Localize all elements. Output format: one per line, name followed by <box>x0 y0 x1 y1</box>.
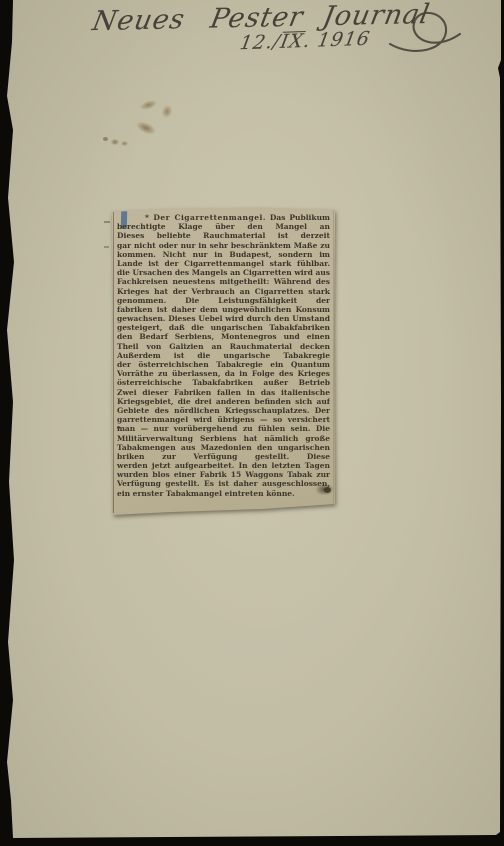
clipping-line: fabriken ist daher dem ungewöhnlichen Ko… <box>117 305 330 314</box>
newspaper-clipping: * Der Cigarrettenmangel. Das Publikum fü… <box>112 208 335 515</box>
ink-stain <box>139 99 158 112</box>
pencil-dash <box>104 246 109 248</box>
pencil-dash <box>104 221 110 223</box>
clipping-line: Lande ist der Cigarrettenmangel stark fü… <box>117 259 330 268</box>
clipping-line: ein ernster Tabakmangel eintreten könne. <box>117 489 330 498</box>
clipping-line: Verfügung gestellt. Es ist daher ausgesc… <box>117 479 330 488</box>
handwriting-flourish <box>388 6 462 58</box>
clipping-line: Theil von Galizien an Rauchmaterial deck… <box>117 342 330 351</box>
clipping-line: Krieges hat der Verbrauch an Cigarretten… <box>117 287 330 296</box>
article-body-lines: berechtigte Klage über den Mangel an Cig… <box>117 222 330 498</box>
clipping-line: Dieses beliebte Rauchmaterial ist derzei… <box>117 231 330 240</box>
article-headline: Der Cigarrettenmangel. <box>149 213 266 222</box>
ink-stain <box>160 104 174 119</box>
clipping-line: man — nur vorübergehend zu fühlen sein. … <box>117 424 330 433</box>
handwritten-date: 12./IX. 1916 <box>238 28 372 55</box>
clipping-line: den Bedarf Serbiens, Montenegros und ein… <box>117 332 330 341</box>
clipping-line: gar nicht oder nur in sehr beschränktem … <box>117 241 330 250</box>
clipping-line: garrettenmangel wird übrigens — so versi… <box>117 415 330 424</box>
column-rule <box>113 210 114 513</box>
clipping-line: die Ursachen des Mangels an Cigarretten … <box>117 268 330 277</box>
clipping-line: briken zur Verfügung gestellt. Diese Tab… <box>117 452 330 461</box>
document-page: NeuesPesterJournal 12./IX. 1916 * Der Ci… <box>0 0 504 846</box>
clipping-line: berechtigte Klage über den Mangel an Cig… <box>117 222 330 231</box>
clipping-line: der österreichischen Tabakregie ein Quan… <box>117 360 330 369</box>
handwritten-word-neues: Neues <box>90 4 188 37</box>
clipping-line: gewachsen. Dieses Uebel wird durch den U… <box>117 314 330 323</box>
clipping-line: kommen. Nicht nur in Budapest, sondern i… <box>117 250 330 259</box>
clipping-line: Vorräthe zu überlassen, da in Folge des … <box>117 369 330 378</box>
column-rule <box>333 210 334 513</box>
clipping-paper: * Der Cigarrettenmangel. Das Publikum fü… <box>112 208 335 515</box>
clipping-line: genommen. Die Leistungsfähigkeit der Cig… <box>117 296 330 305</box>
clipping-line: Gebiete des nördlichen Kriegsschauplatze… <box>117 406 330 415</box>
handwritten-date-day: 12./ <box>238 31 283 55</box>
clipping-line: werden jetzt aufgearbeitet. In den letzt… <box>117 461 330 470</box>
clipping-line: gesteigert, daß die ungarischen Tabakfab… <box>117 323 330 332</box>
ink-stain <box>135 119 157 136</box>
handwritten-date-year: . 1916 <box>302 28 372 52</box>
ink-stain <box>121 141 128 146</box>
ink-smudge <box>324 487 331 493</box>
clipping-line: Militärverwaltung Serbiens hat nämlich g… <box>117 434 330 443</box>
clipping-line: österreichische Tabakfabriken außer Betr… <box>117 378 330 387</box>
article-first-line: * Der Cigarrettenmangel. Das Publikum fü… <box>117 213 330 222</box>
ink-stain <box>103 137 108 141</box>
scanned-archive-page: { "page": { "background_color": "#0b0a07… <box>0 0 504 846</box>
article-text: * Der Cigarrettenmangel. Das Publikum fü… <box>117 213 330 498</box>
ink-stain <box>111 139 119 145</box>
clipping-line: Außerdem ist die ungarische Tabakregie v… <box>117 351 330 360</box>
clipping-line: Zwei dieser Fabriken fallen in das itali… <box>117 388 330 397</box>
clipping-line: Fachkreisen neuestens mitgetheilt: Währe… <box>117 277 330 286</box>
clipping-line: wurden blos einer Fabrik 15 Waggons Taba… <box>117 470 330 479</box>
clipping-line: Tabakmengen aus Mazedonien den ungarisch… <box>117 443 330 452</box>
clipping-line: Kriegsgebiet, die drei anderen befinden … <box>117 397 330 406</box>
